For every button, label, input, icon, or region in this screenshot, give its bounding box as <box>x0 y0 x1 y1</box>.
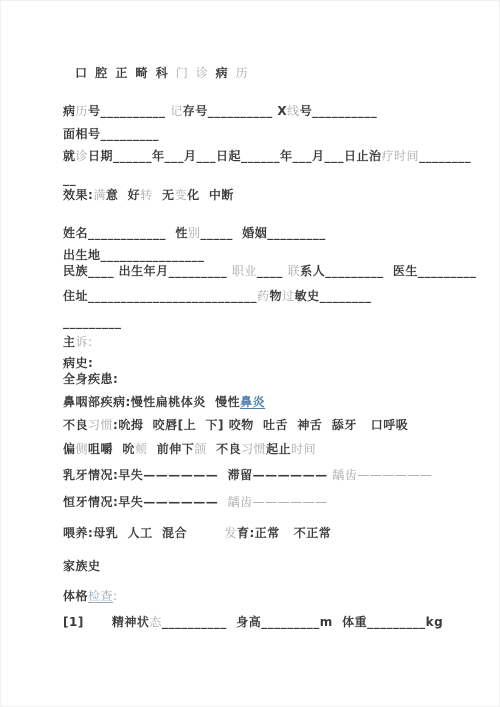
physical-exam-line: 体格检查: <box>63 588 489 604</box>
text-segment: 家族史 <box>63 559 101 573</box>
ethnicity-contact-line: 民族____ 出生年月_________ 职业____ 联系人_________… <box>63 263 489 279</box>
text-segment: 诊 <box>76 149 89 163</box>
text-segment: 意 好 <box>106 188 140 202</box>
mental-state-line: [1] 精神状态__________ 身高_________m 体重______… <box>63 614 489 630</box>
text-segment: 化 中断 <box>187 188 234 202</box>
text-segment: 龋齿—————— <box>332 468 432 482</box>
text-segment: 面相号_________ <box>63 127 159 141</box>
text-segment: 别 <box>188 226 201 240</box>
date-continuation-line: __ <box>63 171 489 187</box>
text-segment: 过 <box>282 289 295 303</box>
family-history-line: 家族史 <box>63 558 489 574</box>
text-segment: 门 诊 <box>176 66 216 80</box>
text-segment: 起止 <box>266 442 291 456</box>
text-segment: 病 <box>63 104 76 118</box>
text-segment: ____ <box>257 264 288 278</box>
text-segment: 口 腔 正 畸 科 <box>75 66 176 80</box>
text-segment: 育:正常 不正常 <box>237 526 331 540</box>
text-segment: 住址__________________________ <box>63 289 257 303</box>
record-number-line: 病历号__________ 记存号__________ X线号_________… <box>63 103 489 119</box>
feeding-development-line: 喂养:母乳 人工 混合 发育:正常 不正常 <box>63 525 489 541</box>
text-segment: 职业 <box>232 264 257 278</box>
rhinitis-link[interactable]: 鼻炎 <box>240 395 265 409</box>
nasopharyngeal-line: 鼻咽部疾病:慢性扁桃体炎 慢性鼻炎 <box>63 394 489 410</box>
medical-record-page: 口 腔 正 畸 科 门 诊 病 历 病历号__________ 记存号_____… <box>0 0 500 707</box>
text-segment: 号__________ <box>88 104 170 118</box>
text-segment: 喂养:母乳 人工 混合 <box>63 526 224 540</box>
text-segment: 龋齿—————— <box>228 495 328 509</box>
text-segment: 转 <box>140 188 153 202</box>
text-segment: 敏史________ <box>295 289 372 303</box>
text-segment: 病 <box>216 66 236 80</box>
text-segment: 发 <box>224 526 237 540</box>
text-segment: 态 <box>149 615 162 629</box>
text-segment: 不良 <box>63 418 88 432</box>
text-segment: 习惯 <box>88 418 113 432</box>
text-segment: 主 <box>63 335 76 349</box>
address-allergy-line: 住址__________________________药物过敏史_______… <box>63 288 489 304</box>
chewing-habits-line: 偏侧咀嚼 吮颊 前伸下颌 不良习惯起止时间 <box>63 441 489 457</box>
text-segment: 线 <box>287 104 300 118</box>
text-segment: 历 <box>76 104 89 118</box>
text-segment: 恒牙情况:早失—————— <box>63 495 228 509</box>
text-segment: 存号__________ X <box>183 104 287 118</box>
text-segment: 习惯 <box>241 442 266 456</box>
name-gender-marriage-line: 姓名____________ 性别_____ 婚姻_________ <box>63 225 489 241</box>
text-segment: 号__________ <box>300 104 378 118</box>
text-segment: 诉: <box>76 335 93 349</box>
treatment-result-line: 效果:满意 好转 无变化 中断 <box>63 187 489 203</box>
text-segment: 颊 <box>135 442 148 456</box>
photo-number-line: 面相号_________ <box>63 126 489 142</box>
text-segment: 就 <box>63 149 76 163</box>
text-segment: 历 <box>236 66 250 80</box>
text-segment: 民族____ 出生年月_________ <box>63 264 232 278</box>
text-segment: 变 <box>175 188 188 202</box>
text-segment: 无 <box>153 188 175 202</box>
text-segment: 日期______年___月___日起______年___月___日止治 <box>88 149 382 163</box>
text-segment: 不良 <box>207 442 241 456</box>
text-segment: 全身疾患: <box>63 372 118 386</box>
text-segment: 体格 <box>63 589 88 603</box>
permanent-teeth-line: 恒牙情况:早失—————— 龋齿—————— <box>63 494 489 510</box>
text-segment: 前伸下 <box>147 442 194 456</box>
systemic-disease-line: 全身疾患: <box>63 371 489 387</box>
text-segment: 效果: <box>63 188 93 202</box>
text-segment: 满 <box>93 188 106 202</box>
text-segment: __ <box>63 172 76 186</box>
text-segment: 偏 <box>63 442 76 456</box>
text-segment: 姓名____________ 性 <box>63 226 188 240</box>
text-segment: 药 <box>257 289 270 303</box>
text-segment: _____ 婚姻_________ <box>200 226 325 240</box>
text-segment: 物 <box>270 289 283 303</box>
birthplace-line: 出生地________________ <box>63 247 489 263</box>
text-segment: 系人_________ 医生_________ <box>300 264 476 278</box>
text-segment: 联 <box>288 264 301 278</box>
text-segment: [1] 精神状 <box>63 615 149 629</box>
text-segment: ________ <box>419 149 471 163</box>
text-segment: 颌 <box>194 442 207 456</box>
chief-complaint-line: 主诉: <box>63 334 489 350</box>
bad-habits-line: 不良习惯:吮拇 咬唇[上 下] 咬物 吐舌 神舌 舔牙 口呼吸 <box>63 417 489 433</box>
text-segment: 咀嚼 吮 <box>88 442 135 456</box>
text-segment: __________ 身高_________m 体重_________kg <box>162 615 443 629</box>
text-segment: 疗时间 <box>382 149 420 163</box>
history-line: 病史: <box>63 355 489 371</box>
document-body: 口 腔 正 畸 科 门 诊 病 历 病历号__________ 记存号_____… <box>1 1 499 630</box>
visit-date-line: 就诊日期______年___月___日起______年___月___日止治疗时间… <box>63 148 489 164</box>
text-segment: : <box>113 589 118 603</box>
text-segment: 出生地________________ <box>63 248 205 262</box>
text-segment: :吮拇 咬唇[上 下] 咬物 吐舌 神舌 舔牙 口呼吸 <box>113 418 408 432</box>
text-segment: 记 <box>170 104 183 118</box>
text-segment: 时间 <box>291 442 316 456</box>
text-segment: _________ <box>63 315 122 329</box>
text-segment: 侧 <box>76 442 89 456</box>
deciduous-teeth-line: 乳牙情况:早失—————— 滞留—————— 龋齿—————— <box>63 467 489 483</box>
text-segment: 检查 <box>88 589 113 603</box>
text-segment: 病史: <box>63 356 93 370</box>
text-segment: 乳牙情况:早失—————— 滞留—————— <box>63 468 332 482</box>
page-title: 口 腔 正 畸 科 门 诊 病 历 <box>75 65 489 81</box>
blank-underline-line: _________ <box>63 314 489 330</box>
text-segment: 鼻咽部疾病:慢性扁桃体炎 慢性 <box>63 395 240 409</box>
